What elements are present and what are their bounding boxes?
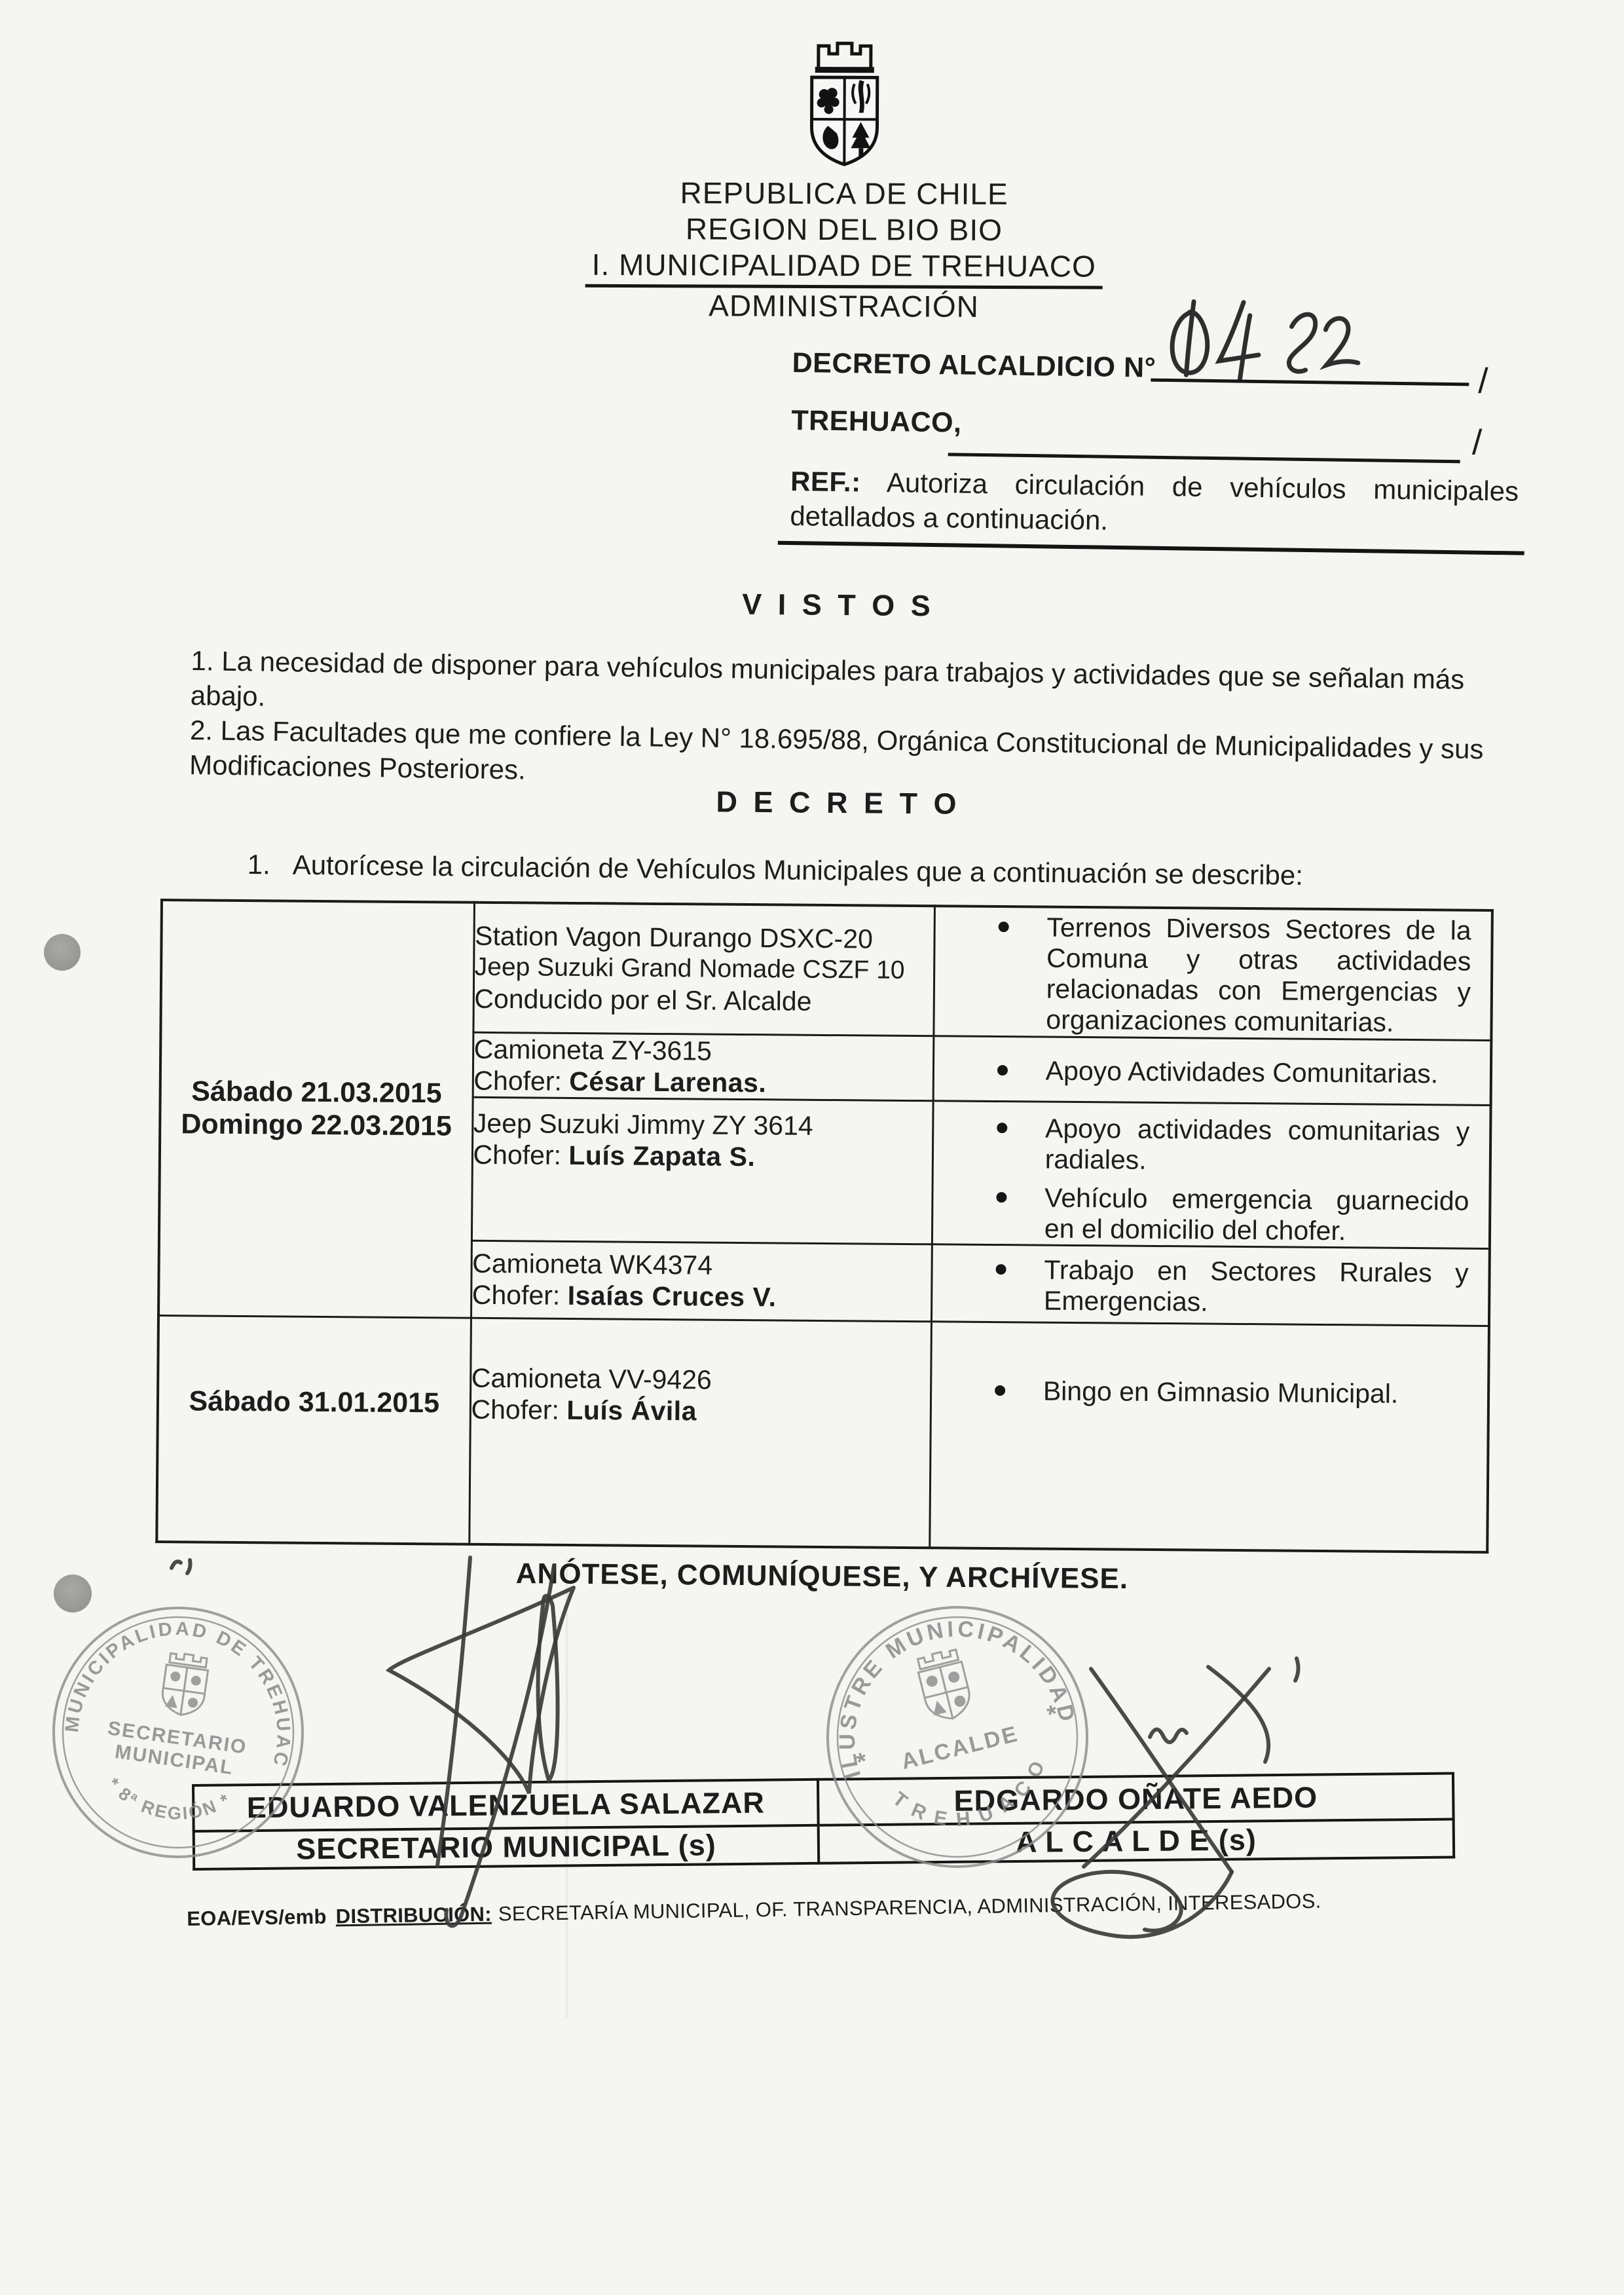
date-cell: Sábado 31.01.2015 (157, 1315, 471, 1544)
header-region: REGION DEL BIO BIO (65, 209, 1623, 250)
table-row: Sábado 31.01.2015 Camioneta VV-9426 Chof… (157, 1315, 1489, 1552)
decreto-intro: 1. Autorícese la circulación de Vehículo… (247, 849, 1557, 894)
svg-text:* 8ª REGIÓN *: * 8ª REGIÓN * (100, 1772, 236, 1832)
decreto-intro-text: Autorícese la circulación de Vehículos M… (293, 849, 1304, 891)
distribution-text: SECRETARÍA MUNICIPAL, OF. TRANSPARENCIA,… (498, 1890, 1321, 1926)
vehicle-cell: Camioneta VV-9426 Chofer: Luís Ávila (469, 1318, 931, 1548)
svg-text:ALCALDE: ALCALDE (899, 1721, 1022, 1774)
scanned-decree-page: REPUBLICA DE CHILE REGION DEL BIO BIO I.… (0, 0, 1624, 2295)
ref-paragraph: REF.: Autoriza circulación de vehículos … (790, 464, 1519, 544)
bullet-icon (995, 1385, 1005, 1396)
hole-punch-top (44, 934, 81, 971)
vehicles-table: Sábado 21.03.2015 Domingo 22.03.2015 Sta… (155, 899, 1494, 1554)
distribution-line: EOA/EVS/embDISTRIBUCIÓN:SECRETARÍA MUNIC… (187, 1890, 1321, 1931)
date-slash: / (1472, 422, 1483, 463)
purpose-cell: Terrenos Diversos Sectores de la Comuna … (934, 906, 1492, 1040)
vistos-items: 1. La necesidad de disponer para vehícul… (189, 643, 1521, 802)
bullet-icon (996, 1192, 1006, 1203)
vehicle-cell: Camioneta ZY-3615 Chofer: César Larenas. (473, 1032, 934, 1101)
decree-number-handwritten: 0452 (1153, 297, 1371, 388)
header-country: REPUBLICA DE CHILE (65, 173, 1623, 214)
bullet-icon (998, 922, 1008, 932)
decree-number-label: DECRETO ALCALDICIO N° (792, 347, 1156, 384)
header-department: ADMINISTRACIÓN (64, 286, 1623, 327)
closing-order: ANÓTESE, COMUNÍQUESE, Y ARCHÍVESE. (516, 1558, 1129, 1595)
purpose-cell: Apoyo actividades comunitarias y radiale… (932, 1100, 1490, 1248)
date-line-1: Sábado 21.03.2015 (161, 1075, 471, 1110)
city-label: TREHUACO, (791, 405, 962, 439)
purpose-cell: Trabajo en Sectores Rurales y Emergencia… (931, 1244, 1490, 1326)
date-line-2: Domingo 22.03.2015 (161, 1108, 471, 1143)
ref-text: Autoriza circulación de vehículos munici… (790, 466, 1519, 535)
date-line (948, 453, 1460, 463)
secretario-stamp-icon: I. MUNICIPALIDAD DE TREHUACO * 8ª REGIÓN… (47, 1601, 309, 1867)
distribution-label: DISTRIBUCIÓN: (335, 1903, 492, 1928)
purpose-cell: Bingo en Gimnasio Municipal. (930, 1321, 1489, 1552)
bullet-icon (997, 1065, 1008, 1075)
ref-label: REF.: (790, 466, 861, 497)
document-header: REPUBLICA DE CHILE REGION DEL BIO BIO I.… (64, 33, 1624, 327)
ref-underline (778, 541, 1524, 555)
table-row: Sábado 21.03.2015 Domingo 22.03.2015 Sta… (160, 900, 1492, 1040)
bullet-icon (997, 1123, 1007, 1133)
decree-head-block: DECRETO ALCALDICIO N° 0452 / TREHUACO, /… (789, 347, 1532, 574)
vehicle-cell: Station Vagon Durango DSXC-20 Jeep Suzuk… (473, 903, 934, 1036)
date-cell: Sábado 21.03.2015 Domingo 22.03.2015 (158, 900, 474, 1318)
bullet-icon (995, 1264, 1006, 1275)
decree-number-slash: / (1478, 361, 1488, 401)
header-municipality: I. MUNICIPALIDAD DE TREHUACO (585, 247, 1103, 289)
vistos-title: V I S T O S (52, 582, 1624, 629)
vehicle-cell: Camioneta WK4374 Chofer: Isaías Cruces V… (471, 1241, 932, 1322)
alcalde-stamp-icon: ILUSTRE MUNICIPALIDAD T R E H U A C O * … (820, 1599, 1095, 1878)
vehicle-cell: Jeep Suzuki Jimmy ZY 3614 Chofer: Luís Z… (471, 1097, 933, 1244)
decreto-intro-number: 1. (247, 849, 270, 880)
municipal-coat-of-arms-icon (801, 35, 888, 166)
purpose-cell: Apoyo Actividades Comunitarias. (933, 1036, 1491, 1105)
drafting-initials: EOA/EVS/emb (187, 1905, 327, 1930)
date-line-1: Sábado 31.01.2015 (159, 1385, 470, 1420)
